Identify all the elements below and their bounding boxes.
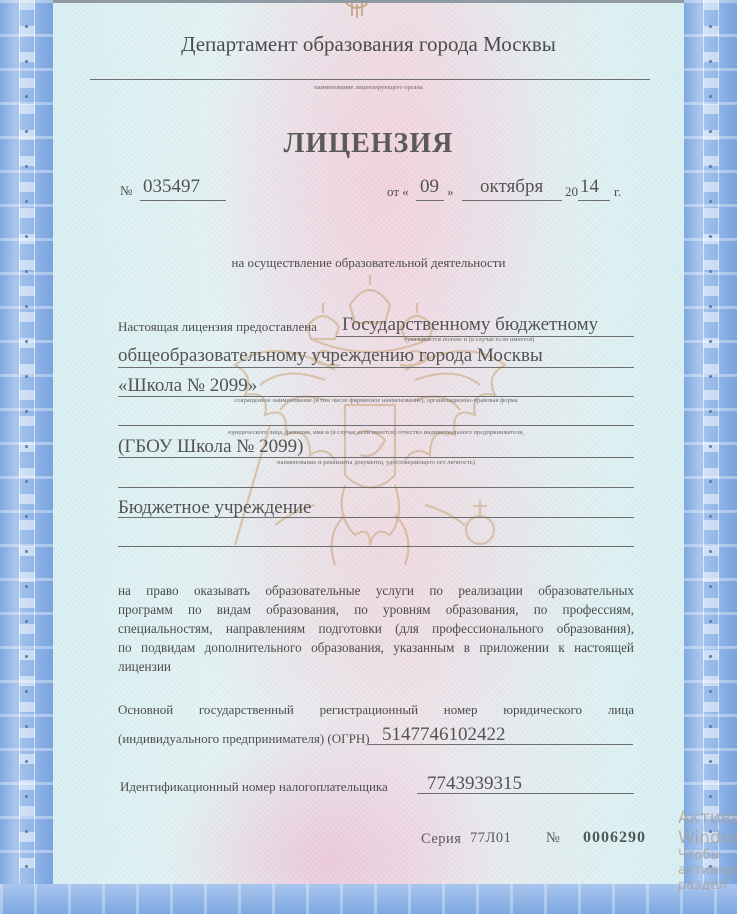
ogrn-label-line2: (индивидуального предпринимателя) (ОГРН) (118, 731, 370, 747)
border-ornament-dot (25, 620, 28, 623)
border-ornament-dot (25, 95, 28, 98)
border-ornament-dot (709, 340, 712, 343)
border-ornament-dot (709, 95, 712, 98)
licensee-line-blank1 (118, 425, 634, 426)
border-ornament-dot (709, 795, 712, 798)
issuer-underline-right (462, 79, 650, 80)
border-ornament-dot (25, 795, 28, 798)
licensee-line4-underline (118, 457, 634, 458)
border-ornament-dot (25, 515, 28, 518)
issuer-underline (90, 79, 462, 80)
ogrn-label-line1: Основной государственный регистрационный… (118, 702, 634, 718)
border-ornament-dot (709, 690, 712, 693)
border-ornament-dot (25, 375, 28, 378)
licensee-name-line3: «Школа № 2099» (118, 375, 257, 397)
rights-line: специальностям, направлениям подготовки … (118, 619, 634, 638)
border-ornament-dot (25, 585, 28, 588)
border-ornament-dot (25, 305, 28, 308)
licensee-caption4: наименование и реквизиты документа, удос… (0, 459, 737, 466)
date-month: октября (480, 176, 543, 198)
issuer-caption: наименование лицензирующего органа (0, 84, 737, 91)
document-title: ЛИЦЕНЗИЯ (0, 128, 737, 160)
date-year-suffix: 14 (580, 176, 599, 198)
border-ornament-dot (709, 410, 712, 413)
rights-line: по подвидам дополнительного образования,… (118, 638, 634, 657)
license-number-label: № (120, 183, 132, 199)
border-ornament-dot (709, 480, 712, 483)
border-ornament-dot (25, 235, 28, 238)
rights-paragraph: на право оказывать образовательные услуг… (118, 581, 634, 676)
border-ornament-dot (25, 550, 28, 553)
blank-series: 77Л01 (470, 830, 511, 847)
border-ornament-dot (25, 830, 28, 833)
border-ornament-dot (25, 760, 28, 763)
license-number: 035497 (143, 176, 200, 198)
border-ornament-dot (25, 655, 28, 658)
border-ornament-dot (25, 725, 28, 728)
licensee-line-blank3 (118, 546, 634, 547)
date-year-prefix: 20 (565, 184, 578, 200)
licensee-name-line2: общеобразовательному учреждению города М… (118, 345, 543, 367)
blank-number: 0006290 (583, 829, 646, 847)
border-ornament-dot (709, 760, 712, 763)
licensee-line-blank2 (118, 487, 634, 488)
border-ornament-dot (25, 25, 28, 28)
date-year-underline (578, 200, 610, 201)
border-ornament-dot (709, 655, 712, 658)
license-purpose: на осуществление образовательной деятель… (0, 255, 737, 271)
watermark-line1: Активация Windows (678, 808, 737, 848)
date-day-underline (416, 200, 444, 201)
border-ornament-dot (25, 200, 28, 203)
border-ornament-dot (709, 445, 712, 448)
date-prefix: от « (387, 184, 409, 200)
border-ornament-dot (709, 305, 712, 308)
licensee-caption2: сокращенное наименование (в том числе фи… (0, 397, 737, 404)
border-ornament-dot (709, 550, 712, 553)
issuing-authority: Департамент образования города Москвы (0, 32, 737, 57)
border-ornament-dot (709, 200, 712, 203)
licensee-legal-form: Бюджетное учреждение (118, 497, 312, 519)
border-ornament-dot (25, 60, 28, 63)
licensee-name-line4: (ГБОУ Школа № 2099) (118, 436, 304, 458)
border-ornament-dot (25, 480, 28, 483)
licensee-caption1: (указывается полное и (в случае если име… (405, 336, 534, 343)
licensee-caption3: юридического лица, фамилия, имя и (в слу… (0, 429, 737, 436)
os-activation-watermark: Активация Windows Чтобы активировать раз… (678, 808, 737, 893)
border-ornament-dot (709, 60, 712, 63)
rights-line: программ по видам образования, по уровня… (118, 600, 634, 619)
rights-line: на право оказывать образовательные услуг… (118, 581, 634, 600)
blank-series-label: Серия (421, 831, 461, 848)
date-year-unit: г. (614, 184, 621, 200)
date-day: 09 (420, 176, 439, 198)
border-ornament-dot (25, 165, 28, 168)
border-ornament-dot (709, 515, 712, 518)
ogrn-underline (368, 744, 633, 745)
ornamental-border-bottom (0, 884, 737, 914)
licensee-line5-underline (118, 517, 634, 518)
licensee-name-line1: Государственному бюджетному (342, 314, 598, 336)
inn-label: Идентификационный номер налогоплательщик… (120, 779, 388, 795)
border-ornament-dot (709, 165, 712, 168)
border-ornament-dot (709, 725, 712, 728)
border-ornament-dot (709, 25, 712, 28)
licensee-line2-underline (118, 367, 634, 368)
top-edge (0, 0, 737, 3)
border-ornament-dot (25, 340, 28, 343)
licensee-lead-label: Настоящая лицензия предоставлена (118, 319, 317, 335)
date-quote-close: » (447, 184, 454, 200)
border-ornament-dot (709, 375, 712, 378)
ogrn-value: 5147746102422 (382, 724, 506, 746)
watermark-line2: Чтобы активировать (678, 848, 737, 878)
border-ornament-dot (709, 235, 712, 238)
license-number-underline (140, 200, 226, 201)
inn-underline (417, 793, 634, 794)
border-ornament-dot (25, 410, 28, 413)
border-ornament-dot (709, 620, 712, 623)
border-ornament-dot (25, 445, 28, 448)
date-month-underline (462, 200, 562, 201)
blank-number-label: № (546, 830, 560, 847)
inn-value: 7743939315 (427, 773, 522, 795)
watermark-line3: раздел (678, 878, 737, 893)
border-ornament-dot (709, 585, 712, 588)
rights-line: лицензии (118, 657, 634, 676)
border-ornament-dot (25, 865, 28, 868)
border-ornament-dot (25, 690, 28, 693)
